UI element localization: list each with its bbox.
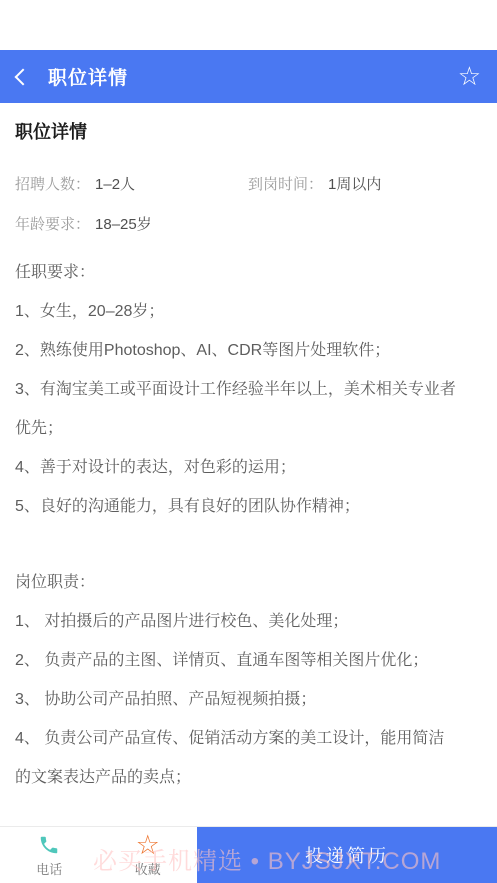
requirement-item: 4、善于对设计的表达，对色彩的运用； [15, 448, 482, 487]
duty-item: 2、 负责产品的主图、详情页、直通车图等相关图片优化； [15, 641, 482, 680]
arrival-time-field: 到岗时间： 1周以内 [248, 173, 381, 194]
duty-item: 3、 协助公司产品拍照、产品短视频拍摄； [15, 680, 482, 719]
arrival-time-label: 到岗时间： [248, 173, 323, 194]
age-requirement-field: 年龄要求： 18–25岁 [15, 213, 152, 234]
requirement-item: 3、有淘宝美工或平面设计工作经验半年以上，美术相关专业者优先； [15, 370, 482, 448]
bottom-action-bar: 电话 ☆ 收藏 投递简历 [0, 826, 497, 883]
requirement-item: 1、女生，20–28岁； [15, 292, 482, 331]
recruit-count-field: 招聘人数： 1–2人 [15, 173, 248, 194]
favorite-star-icon[interactable]: ☆ [458, 64, 481, 90]
favorite-action[interactable]: ☆ 收藏 [99, 827, 198, 883]
job-detail-content: 职位详情 招聘人数： 1–2人 到岗时间： 1周以内 年龄要求： 18–25岁 … [0, 103, 497, 797]
recruit-count-label: 招聘人数： [15, 173, 90, 194]
bar-actions: 电话 ☆ 收藏 [0, 827, 197, 883]
status-bar [0, 0, 497, 50]
favorite-label: 收藏 [135, 859, 161, 878]
phone-label: 电话 [36, 859, 62, 878]
arrival-time-value: 1周以内 [328, 173, 381, 194]
chevron-left-icon [15, 68, 32, 85]
phone-action[interactable]: 电话 [0, 827, 99, 883]
submit-resume-button[interactable]: 投递简历 [197, 827, 497, 883]
info-row-2: 年龄要求： 18–25岁 [15, 213, 482, 234]
duties-section: 岗位职责： 1、 对拍摄后的产品图片进行校色、美化处理； 2、 负责产品的主图、… [15, 563, 482, 797]
age-requirement-label: 年龄要求： [15, 213, 90, 234]
requirement-item: 5、良好的沟通能力，具有良好的团队协作精神； [15, 487, 482, 526]
duties-heading: 岗位职责： [15, 563, 482, 602]
requirement-item: 2、熟练使用Photoshop、AI、CDR等图片处理软件； [15, 331, 482, 370]
age-requirement-value: 18–25岁 [95, 213, 152, 234]
duty-item: 4、 负责公司产品宣传、促销活动方案的美工设计，能用简洁的文案表达产品的卖点； [15, 719, 482, 797]
page-title: 职位详情 [15, 118, 482, 144]
duty-item: 1、 对拍摄后的产品图片进行校色、美化处理； [15, 602, 482, 641]
favorite-star-icon: ☆ [136, 833, 160, 858]
info-row-1: 招聘人数： 1–2人 到岗时间： 1周以内 [15, 173, 482, 194]
back-button[interactable] [0, 50, 40, 103]
phone-icon [38, 833, 60, 858]
nav-bar: 职位详情 ☆ [0, 50, 497, 103]
requirements-section: 任职要求： 1、女生，20–28岁； 2、熟练使用Photoshop、AI、CD… [15, 253, 482, 526]
recruit-count-value: 1–2人 [95, 173, 135, 194]
nav-title: 职位详情 [48, 63, 128, 90]
requirements-heading: 任职要求： [15, 253, 482, 292]
